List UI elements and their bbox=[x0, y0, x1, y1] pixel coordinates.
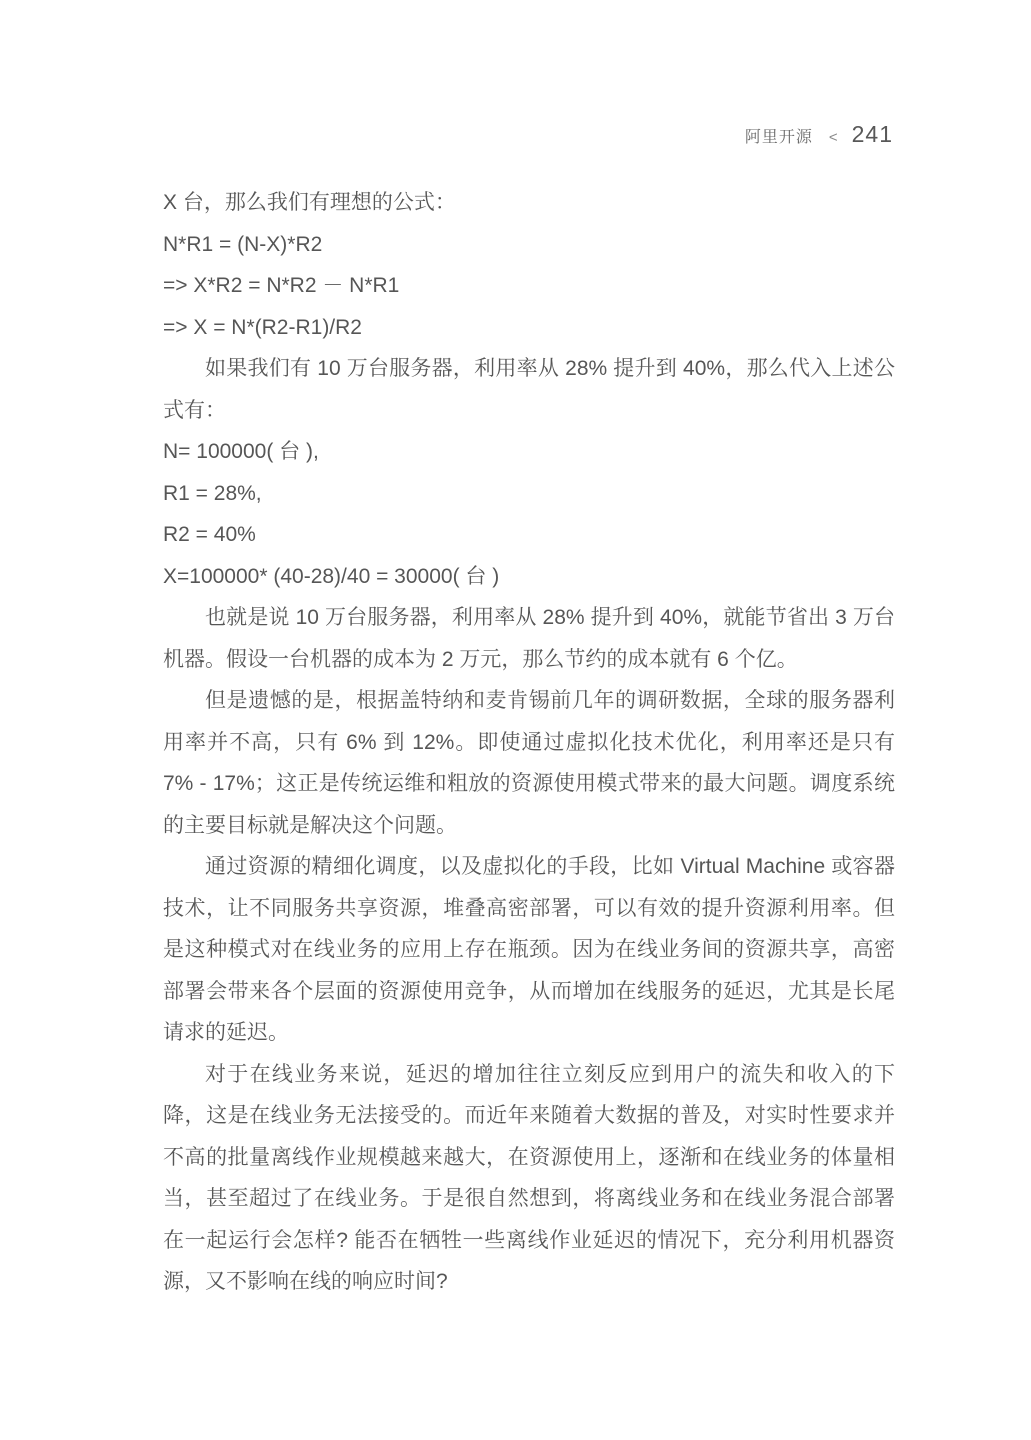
running-header-section-title: 阿里开源 bbox=[745, 124, 813, 147]
paragraph-colocation: 通过资源的精细化调度，以及虚拟化的手段，比如 Virtual Machine 或… bbox=[163, 846, 895, 1054]
formula-value-n: N= 100000( 台 ), bbox=[163, 431, 895, 473]
paragraph-mixed-deployment: 对于在线业务来说，延迟的增加往往立刻反应到用户的流失和收入的下降，这是在线业务无… bbox=[163, 1054, 895, 1303]
lead-line: X 台，那么我们有理想的公式： bbox=[163, 182, 895, 224]
formula-ideal-2: => X*R2 = N*R2 － N*R1 bbox=[163, 265, 895, 307]
page-body: X 台，那么我们有理想的公式： N*R1 = (N-X)*R2 => X*R2 … bbox=[163, 182, 895, 1303]
running-header: 阿里开源 < 241 bbox=[745, 121, 893, 148]
formula-ideal-1: N*R1 = (N-X)*R2 bbox=[163, 224, 895, 266]
running-header-separator: < bbox=[829, 129, 838, 146]
formula-ideal-3: => X = N*(R2-R1)/R2 bbox=[163, 307, 895, 349]
paragraph-substitution: 如果我们有 10 万台服务器，利用率从 28% 提升到 40%，那么代入上述公式… bbox=[163, 348, 895, 431]
book-page: 阿里开源 < 241 X 台，那么我们有理想的公式： N*R1 = (N-X)*… bbox=[0, 0, 1031, 1440]
page-number: 241 bbox=[852, 121, 893, 148]
formula-value-r1: R1 = 28%, bbox=[163, 473, 895, 515]
paragraph-utilization: 但是遗憾的是，根据盖特纳和麦肯锡前几年的调研数据，全球的服务器利用率并不高，只有… bbox=[163, 680, 895, 846]
formula-value-r2: R2 = 40% bbox=[163, 514, 895, 556]
formula-value-x: X=100000* (40-28)/40 = 30000( 台 ) bbox=[163, 556, 895, 598]
paragraph-savings: 也就是说 10 万台服务器，利用率从 28% 提升到 40%，就能节省出 3 万… bbox=[163, 597, 895, 680]
